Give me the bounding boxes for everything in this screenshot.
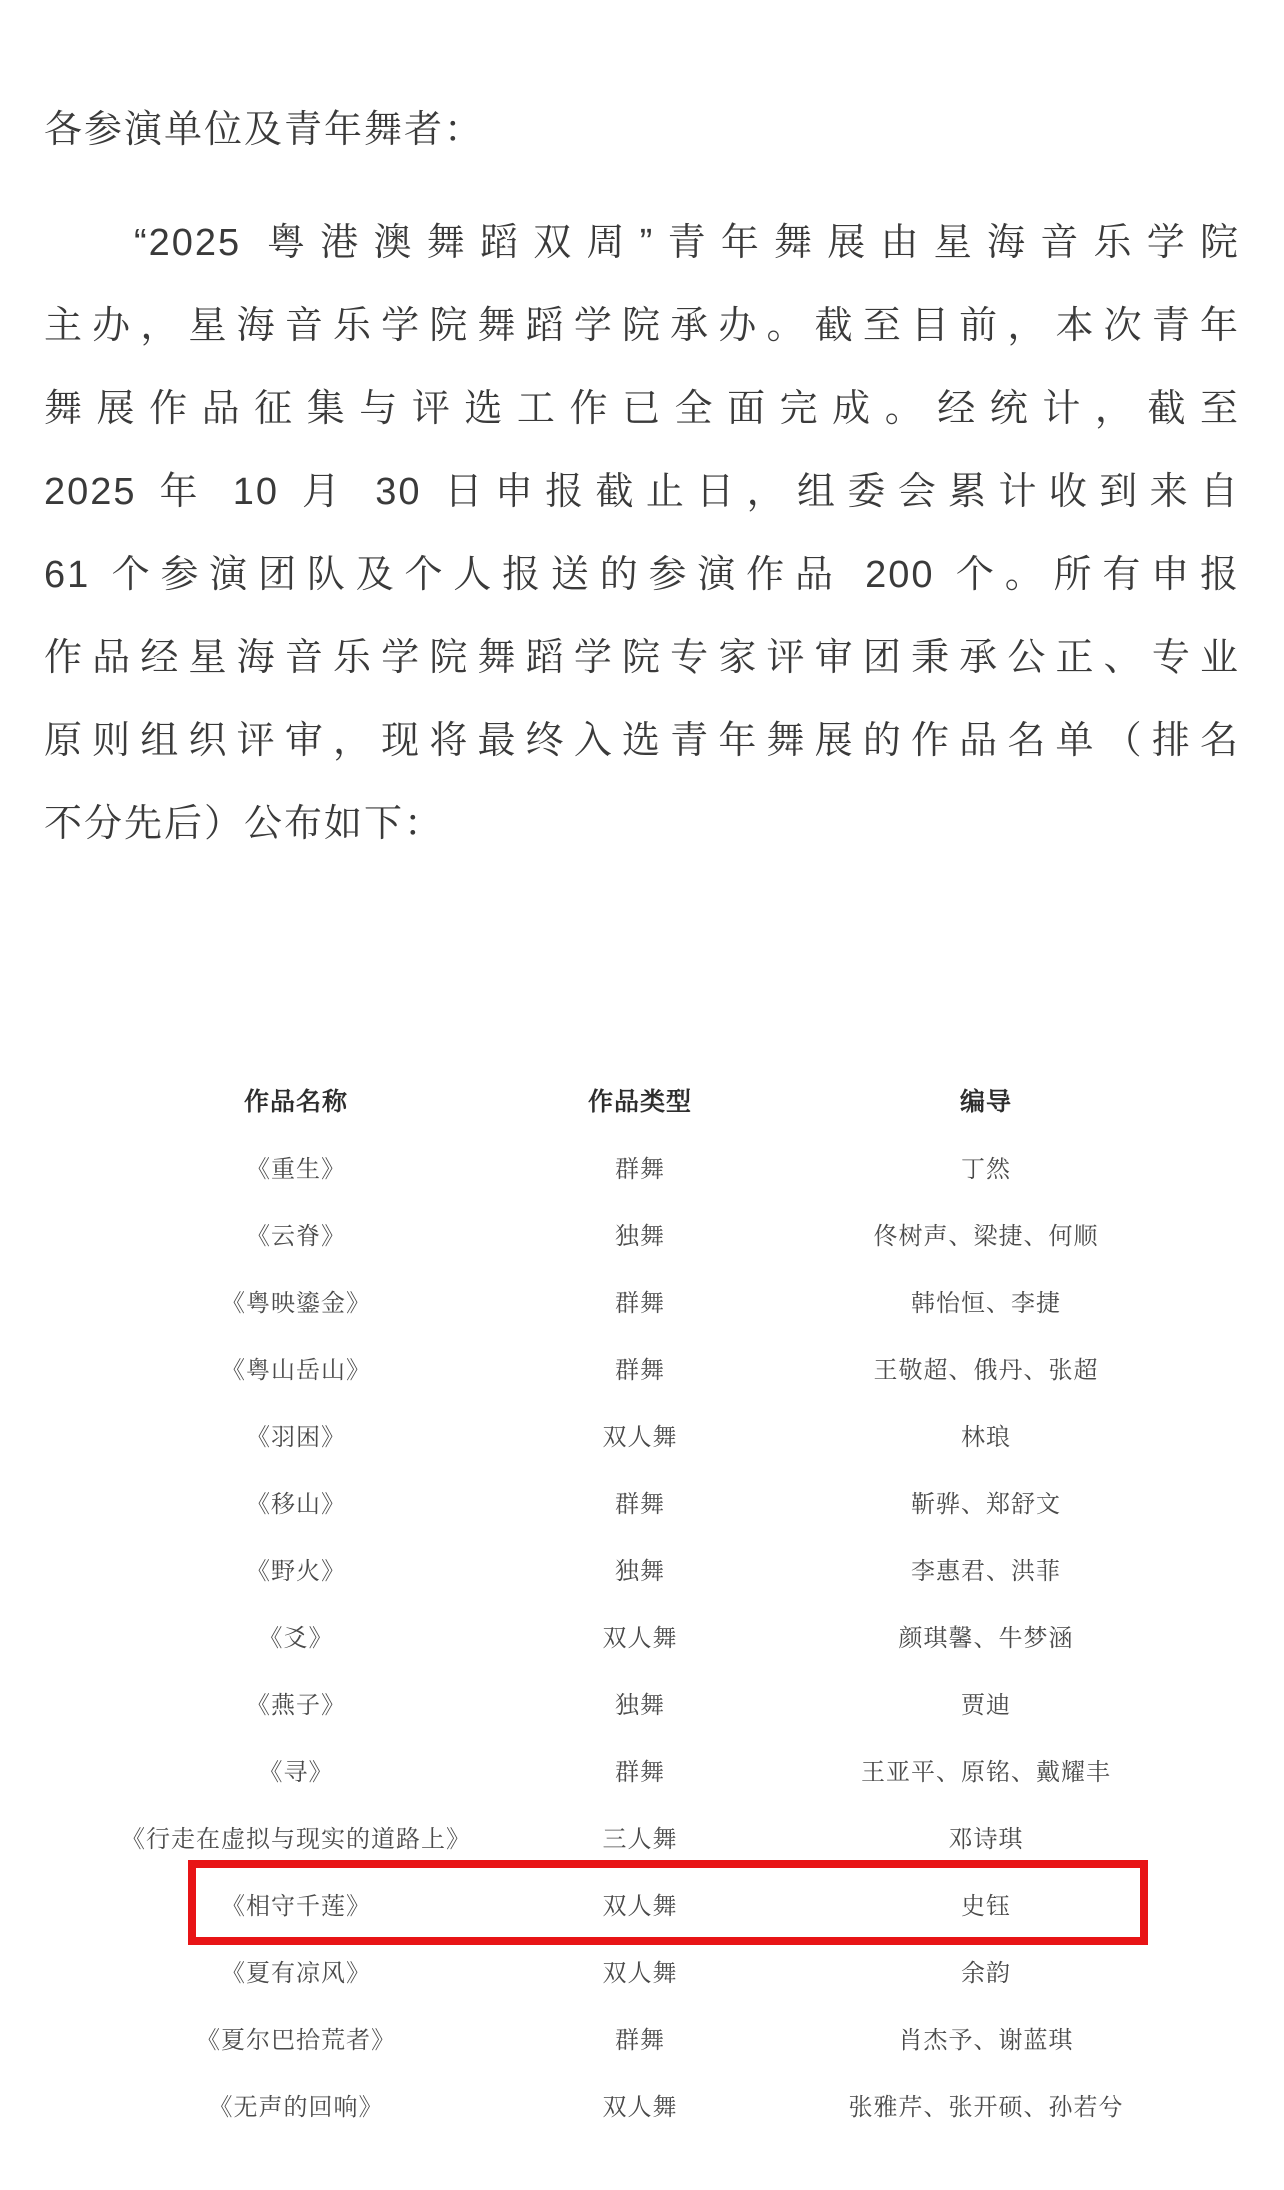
work-type-cell: 双人舞 <box>548 1618 732 1653</box>
table-row: 《粤映鎏金》 群舞 韩怡恒、李捷 <box>44 1267 1240 1334</box>
table-row: 《云脊》 独舞 佟树声、梁捷、何顺 <box>44 1200 1240 1267</box>
table-row: 《移山》 群舞 靳骅、郑舒文 <box>44 1468 1240 1535</box>
table-row: 《无声的回响》 双人舞 张雅芹、张开硕、孙若兮 <box>44 2071 1240 2138</box>
column-header-type: 作品类型 <box>548 1082 732 1118</box>
paragraph-line: 2025 年 10 月 30 日申报截止日，组委会累计收到来自 <box>44 451 1240 534</box>
table-header-row: 作品名称 作品类型 编导 <box>44 1066 1240 1133</box>
work-title-cell: 《野火》 <box>44 1551 548 1586</box>
work-title-cell: 《云脊》 <box>44 1216 548 1251</box>
choreographer-cell: 韩怡恒、李捷 <box>732 1283 1240 1318</box>
column-header-choreographer: 编导 <box>732 1082 1240 1118</box>
work-type-cell: 双人舞 <box>548 2087 732 2122</box>
work-title-cell: 《羽困》 <box>44 1417 548 1452</box>
table-row: 《羽困》 双人舞 林琅 <box>44 1401 1240 1468</box>
work-type-cell: 双人舞 <box>548 1953 732 1988</box>
work-title-cell: 《行走在虚拟与现实的道路上》 <box>44 1819 548 1854</box>
choreographer-cell: 肖杰予、谢蓝琪 <box>732 2020 1240 2055</box>
choreographer-cell: 林琅 <box>732 1417 1240 1452</box>
work-type-cell: 群舞 <box>548 1484 732 1519</box>
works-table: 作品名称 作品类型 编导 《重生》 群舞 丁然 《云脊》 独舞 佟树声、梁捷、何… <box>44 1066 1240 2138</box>
work-title-cell: 《移山》 <box>44 1484 548 1519</box>
paragraph-line: 主办，星海音乐学院舞蹈学院承办。截至目前，本次青年 <box>44 285 1240 368</box>
work-title-cell: 《寻》 <box>44 1752 548 1787</box>
table-row: 《相守千莲》 双人舞 史钰 <box>44 1870 1240 1937</box>
choreographer-cell: 邓诗琪 <box>732 1819 1240 1854</box>
choreographer-cell: 史钰 <box>732 1886 1240 1921</box>
work-type-cell: 群舞 <box>548 1283 732 1318</box>
choreographer-cell: 靳骅、郑舒文 <box>732 1484 1240 1519</box>
table-row: 《行走在虚拟与现实的道路上》 三人舞 邓诗琪 <box>44 1803 1240 1870</box>
choreographer-cell: 李惠君、洪菲 <box>732 1551 1240 1586</box>
choreographer-cell: 余韵 <box>732 1953 1240 1988</box>
work-title-cell: 《相守千莲》 <box>44 1886 548 1921</box>
work-type-cell: 群舞 <box>548 2020 732 2055</box>
salutation-line: 各参演单位及青年舞者： <box>44 38 1240 164</box>
table-row: 《野火》 独舞 李惠君、洪菲 <box>44 1535 1240 1602</box>
table-row: 《爻》 双人舞 颜琪馨、牛梦涵 <box>44 1602 1240 1669</box>
choreographer-cell: 贾迪 <box>732 1685 1240 1720</box>
table-row: 《寻》 群舞 王亚平、原铭、戴耀丰 <box>44 1736 1240 1803</box>
work-type-cell: 独舞 <box>548 1216 732 1251</box>
table-row: 《夏尔巴拾荒者》 群舞 肖杰予、谢蓝琪 <box>44 2004 1240 2071</box>
work-title-cell: 《夏有凉风》 <box>44 1953 548 1988</box>
table-row: 《粤山岳山》 群舞 王敬超、俄丹、张超 <box>44 1334 1240 1401</box>
table-body: 《重生》 群舞 丁然 《云脊》 独舞 佟树声、梁捷、何顺 《粤映鎏金》 群舞 韩… <box>44 1133 1240 2138</box>
announcement-document: 各参演单位及青年舞者： “2025 粤港澳舞蹈双周”青年舞展由星海音乐学院 主办… <box>0 38 1284 2138</box>
paragraph-line: 原则组织评审，现将最终入选青年舞展的作品名单（排名 <box>44 700 1240 783</box>
paragraph-line: 作品经星海音乐学院舞蹈学院专家评审团秉承公正、专业 <box>44 617 1240 700</box>
work-title-cell: 《无声的回响》 <box>44 2087 548 2122</box>
work-type-cell: 双人舞 <box>548 1886 732 1921</box>
paragraph-line: “2025 粤港澳舞蹈双周”青年舞展由星海音乐学院 <box>44 202 1240 285</box>
work-type-cell: 独舞 <box>548 1551 732 1586</box>
paragraph-line: 舞展作品征集与评选工作已全面完成。经统计，截至 <box>44 368 1240 451</box>
work-title-cell: 《粤山岳山》 <box>44 1350 548 1385</box>
work-type-cell: 独舞 <box>548 1685 732 1720</box>
table-row: 《重生》 群舞 丁然 <box>44 1133 1240 1200</box>
choreographer-cell: 丁然 <box>732 1149 1240 1184</box>
work-type-cell: 双人舞 <box>548 1417 732 1452</box>
work-title-cell: 《燕子》 <box>44 1685 548 1720</box>
paragraph-line: 61 个参演团队及个人报送的参演作品 200 个。所有申报 <box>44 534 1240 617</box>
choreographer-cell: 佟树声、梁捷、何顺 <box>732 1216 1240 1251</box>
column-header-title: 作品名称 <box>44 1082 548 1118</box>
table-row: 《燕子》 独舞 贾迪 <box>44 1669 1240 1736</box>
body-paragraph: “2025 粤港澳舞蹈双周”青年舞展由星海音乐学院 主办，星海音乐学院舞蹈学院承… <box>44 202 1240 866</box>
work-title-cell: 《重生》 <box>44 1149 548 1184</box>
work-title-cell: 《夏尔巴拾荒者》 <box>44 2020 548 2055</box>
choreographer-cell: 颜琪馨、牛梦涵 <box>732 1618 1240 1653</box>
work-type-cell: 群舞 <box>548 1350 732 1385</box>
choreographer-cell: 张雅芹、张开硕、孙若兮 <box>732 2087 1240 2122</box>
work-title-cell: 《粤映鎏金》 <box>44 1283 548 1318</box>
work-title-cell: 《爻》 <box>44 1618 548 1653</box>
paragraph-line: 不分先后）公布如下： <box>44 783 1240 866</box>
work-type-cell: 群舞 <box>548 1149 732 1184</box>
table-row: 《夏有凉风》 双人舞 余韵 <box>44 1937 1240 2004</box>
choreographer-cell: 王敬超、俄丹、张超 <box>732 1350 1240 1385</box>
choreographer-cell: 王亚平、原铭、戴耀丰 <box>732 1752 1240 1787</box>
work-type-cell: 群舞 <box>548 1752 732 1787</box>
work-type-cell: 三人舞 <box>548 1819 732 1854</box>
